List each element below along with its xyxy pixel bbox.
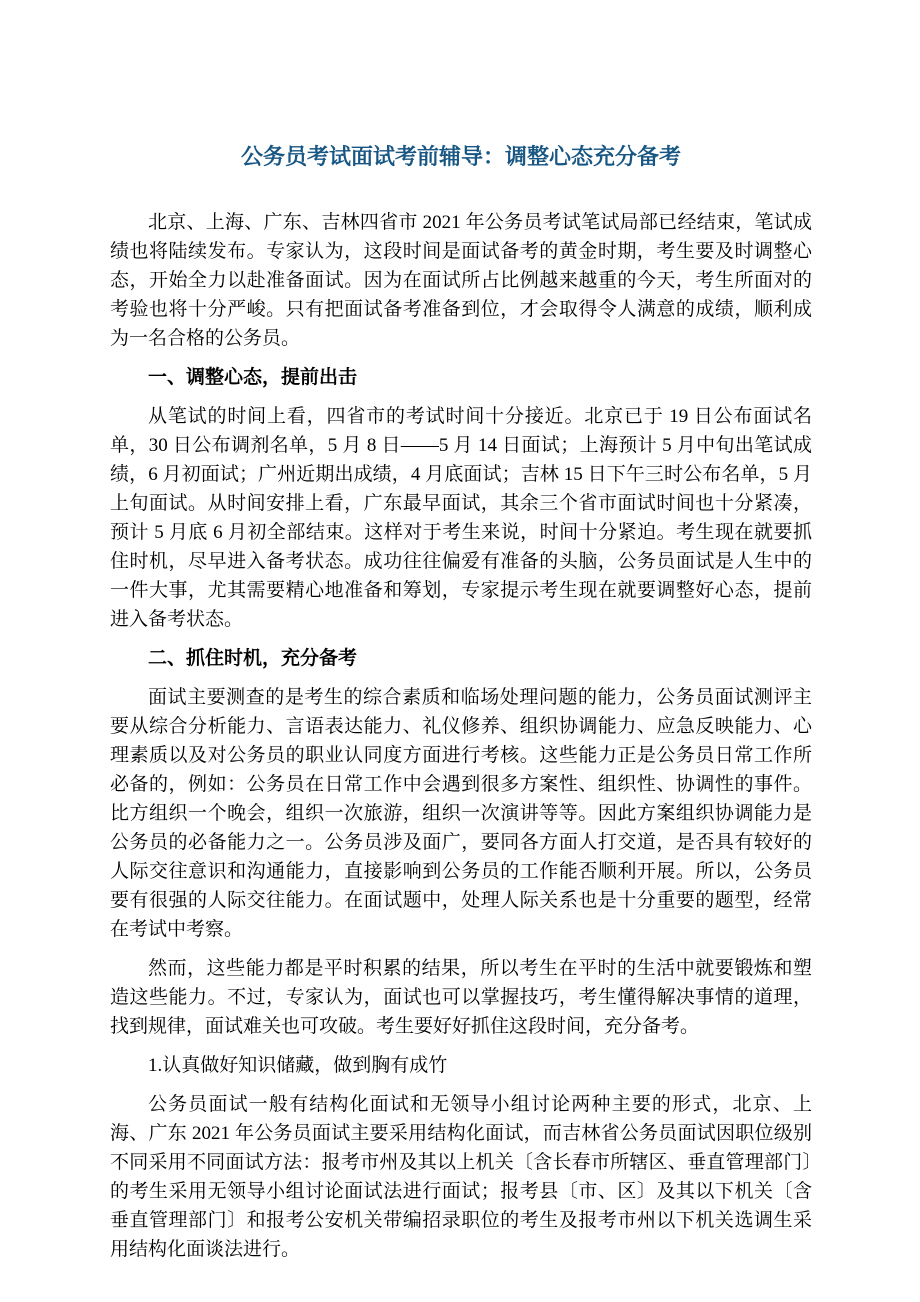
paragraph: 北京、上海、广东、吉林四省市 2021 年公务员考试笔试局部已经结束，笔试成绩也… — [110, 208, 812, 353]
document-body: 北京、上海、广东、吉林四省市 2021 年公务员考试笔试局部已经结束，笔试成绩也… — [110, 208, 812, 1264]
paragraph: 面试主要测查的是考生的综合素质和临场处理问题的能力，公务员面试测评主要从综合分析… — [110, 683, 812, 944]
document-page: 公务员考试面试考前辅导：调整心态充分备考 北京、上海、广东、吉林四省市 2021… — [0, 0, 920, 1302]
paragraph: 然而，这些能力都是平时积累的结果，所以考生在平时的生活中就要锻炼和塑造这些能力。… — [110, 954, 812, 1041]
section-heading: 二、抓住时机，充分备考 — [110, 644, 812, 673]
document-title: 公务员考试面试考前辅导：调整心态充分备考 — [110, 142, 812, 172]
section-heading: 一、调整心态，提前出击 — [110, 363, 812, 392]
sub-heading: 1.认真做好知识储藏，做到胸有成竹 — [110, 1051, 812, 1080]
paragraph: 从笔试的时间上看，四省市的考试时间十分接近。北京已于 19 日公布面试名单，30… — [110, 402, 812, 634]
paragraph: 公务员面试一般有结构化面试和无领导小组讨论两种主要的形式，北京、上海、广东 20… — [110, 1090, 812, 1264]
